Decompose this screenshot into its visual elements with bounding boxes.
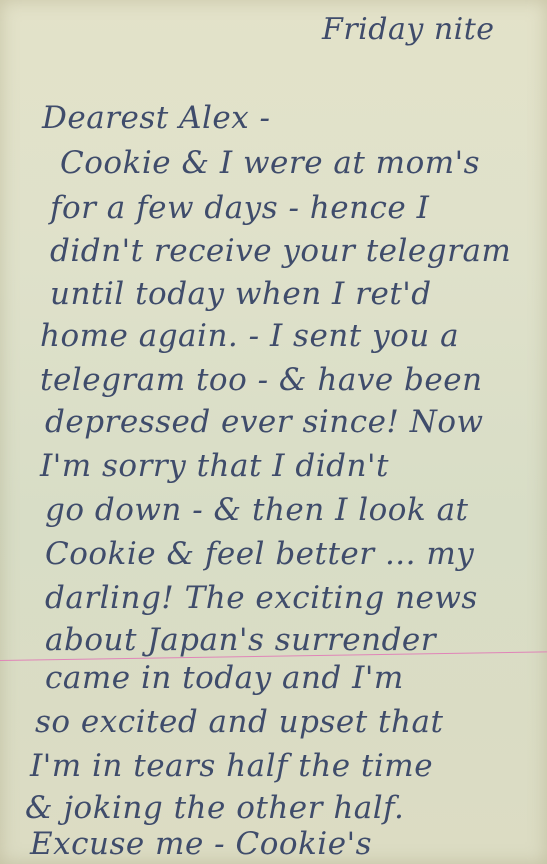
letter-date: Friday nite	[322, 12, 495, 47]
letter-line: about Japan's surrender	[45, 622, 436, 658]
letter-line: I'm sorry that I didn't	[40, 448, 389, 484]
letter-line: I'm in tears half the time	[30, 748, 433, 784]
letter-line: Cookie & I were at mom's	[60, 145, 480, 181]
letter-line: darling! The exciting news	[45, 580, 478, 616]
letter-line: telegram too - & have been	[40, 362, 483, 398]
letter-line: Cookie & feel better ... my	[45, 536, 474, 572]
letter-page: Friday nite Dearest Alex - Cookie & I we…	[0, 0, 547, 864]
letter-line: depressed ever since! Now	[45, 404, 484, 440]
letter-line: go down - & then I look at	[45, 492, 469, 528]
salutation: Dearest Alex -	[42, 100, 271, 136]
letter-line: Excuse me - Cookie's	[30, 826, 372, 862]
letter-line: home again. - I sent you a	[40, 318, 459, 354]
letter-line: & joking the other half.	[25, 790, 404, 826]
letter-line: until today when I ret'd	[50, 276, 432, 312]
letter-line: didn't receive your telegram	[50, 233, 511, 269]
letter-line: came in today and I'm	[45, 660, 404, 696]
letter-line: for a few days - hence I	[50, 190, 429, 226]
letter-line: so excited and upset that	[35, 704, 443, 740]
